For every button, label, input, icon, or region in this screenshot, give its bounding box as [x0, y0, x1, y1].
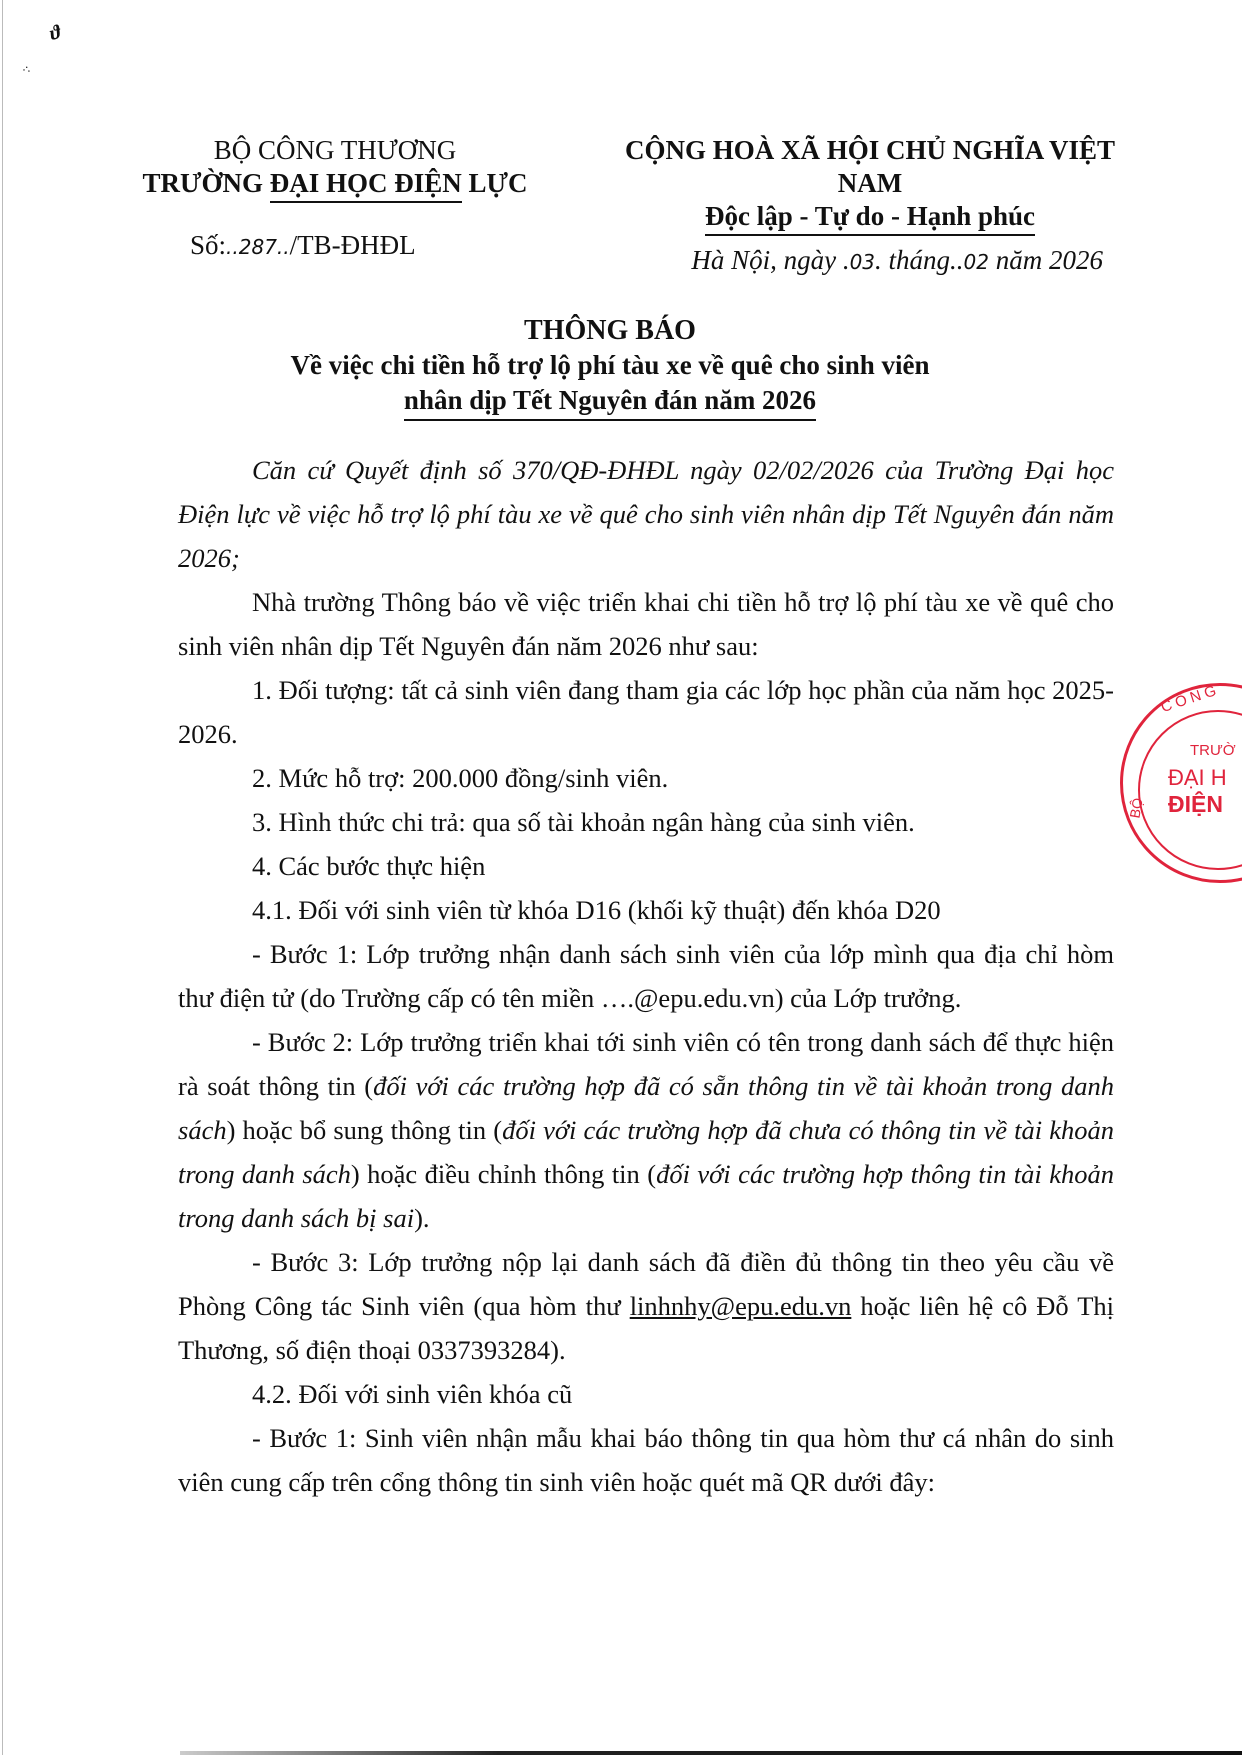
- seal-text: ĐIỆN: [1168, 791, 1223, 818]
- ministry-name: BỘ CÔNG THƯƠNG: [125, 134, 545, 167]
- national-motto: Độc lập - Tự do - Hạnh phúc: [590, 200, 1150, 236]
- seal-text: ĐẠI H: [1168, 765, 1227, 791]
- issuer-header: BỘ CÔNG THƯƠNG TRƯỜNG ĐẠI HỌC ĐIỆN LỰC: [125, 134, 545, 203]
- item-1: 1. Đối tượng: tất cả sinh viên đang tham…: [178, 668, 1114, 756]
- scan-mark: ·:: [19, 61, 33, 78]
- item-4: 4. Các bước thực hiện: [178, 844, 1114, 888]
- step-1: - Bước 1: Lớp trưởng nhận danh sách sinh…: [178, 932, 1114, 1020]
- legal-basis: Căn cứ Quyết định số 370/QĐ-ĐHĐL ngày 02…: [178, 448, 1114, 580]
- handwritten-month: 02: [964, 250, 989, 274]
- document-body: Căn cứ Quyết định số 370/QĐ-ĐHĐL ngày 02…: [178, 448, 1114, 1504]
- step-1-old-students: - Bước 1: Sinh viên nhận mẫu khai báo th…: [178, 1416, 1114, 1504]
- title-subject-line1: Về việc chi tiền hỗ trợ lộ phí tàu xe về…: [200, 348, 1020, 383]
- title-subject-line2: nhân dịp Tết Nguyên đán năm 2026: [200, 383, 1020, 421]
- handwritten-day: 03: [850, 250, 875, 274]
- document-title: THÔNG BÁO Về việc chi tiền hỗ trợ lộ phí…: [200, 313, 1020, 421]
- item-3: 3. Hình thức chi trả: qua số tài khoản n…: [178, 800, 1114, 844]
- issue-date: Hà Nội, ngày .03. tháng..02 năm 2026: [0, 245, 1103, 276]
- scan-edge-bottom: [180, 1751, 1242, 1755]
- scan-mark: ϑ: [47, 21, 63, 46]
- intro-paragraph: Nhà trường Thông báo về việc triển khai …: [178, 580, 1114, 668]
- step-2: - Bước 2: Lớp trưởng triển khai tới sinh…: [178, 1020, 1114, 1240]
- nation-name: CỘNG HOÀ XÃ HỘI CHỦ NGHĨA VIỆT NAM: [590, 134, 1150, 200]
- title-main: THÔNG BÁO: [200, 313, 1020, 348]
- item-4-2: 4.2. Đối với sinh viên khóa cũ: [178, 1372, 1114, 1416]
- school-name: TRƯỜNG ĐẠI HỌC ĐIỆN LỰC: [125, 167, 545, 203]
- item-2: 2. Mức hỗ trợ: 200.000 đồng/sinh viên.: [178, 756, 1114, 800]
- step-3: - Bước 3: Lớp trưởng nộp lại danh sách đ…: [178, 1240, 1114, 1372]
- national-header: CỘNG HOÀ XÃ HỘI CHỦ NGHĨA VIỆT NAM Độc l…: [590, 134, 1150, 236]
- item-4-1: 4.1. Đối với sinh viên từ khóa D16 (khối…: [178, 888, 1114, 932]
- document-page: ϑ ·: BỘ CÔNG THƯƠNG TRƯỜNG ĐẠI HỌC ĐIỆN …: [0, 0, 1242, 1755]
- seal-text: TRƯỜ: [1190, 742, 1236, 759]
- email-link[interactable]: linhnhy@epu.edu.vn: [630, 1291, 852, 1321]
